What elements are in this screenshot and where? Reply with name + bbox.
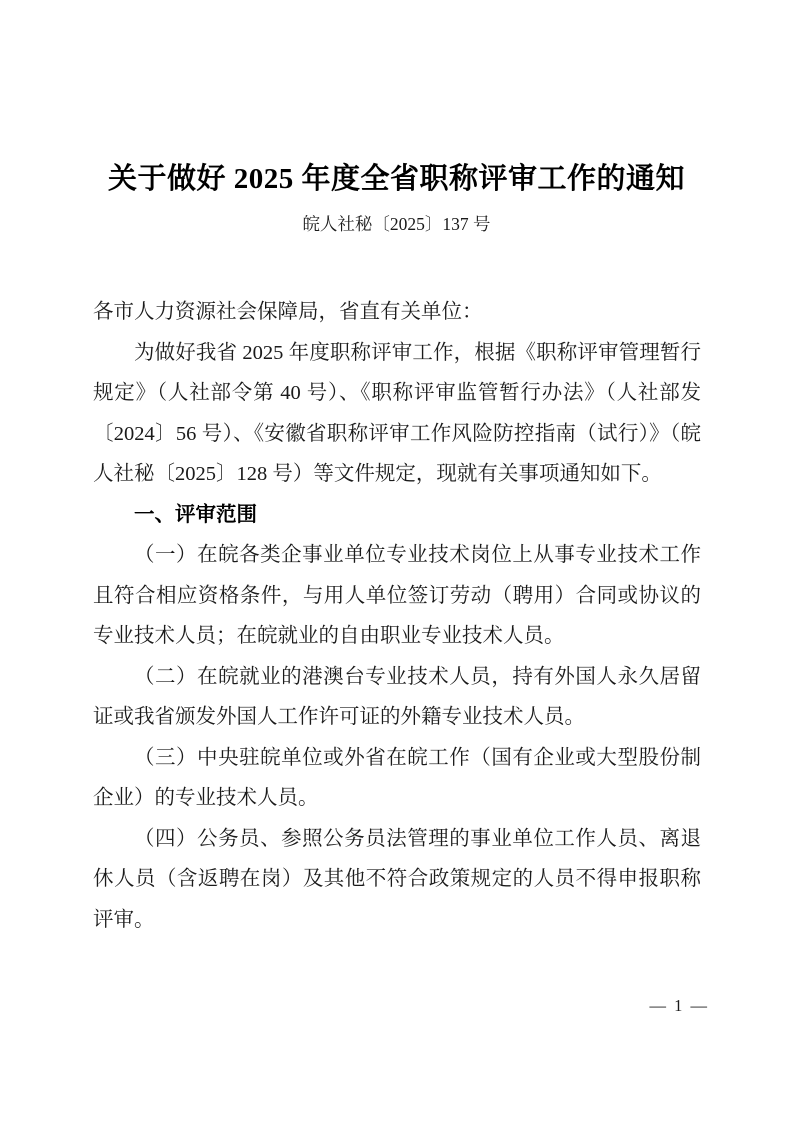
intro-paragraph: 为做好我省 2025 年度职称评审工作，根据《职称评审管理暂行规定》（人社部令第… <box>93 333 701 495</box>
page-number: — 1 — <box>650 996 710 1016</box>
list-item-1: （一）在皖各类企事业单位专业技术岗位上从事专业技术工作且符合相应资格条件，与用人… <box>93 535 701 657</box>
document-body: 各市人力资源社会保障局，省直有关单位： 为做好我省 2025 年度职称评审工作，… <box>93 292 701 940</box>
list-item-3: （三）中央驻皖单位或外省在皖工作（国有企业或大型股份制企业）的专业技术人员。 <box>93 738 701 819</box>
section-heading-review-scope: 一、评审范围 <box>93 495 701 536</box>
document-title: 关于做好 2025 年度全省职称评审工作的通知 <box>0 0 793 196</box>
list-item-4: （四）公务员、参照公务员法管理的事业单位工作人员、离退休人员（含返聘在岗）及其他… <box>93 819 701 941</box>
document-page: 关于做好 2025 年度全省职称评审工作的通知 皖人社秘〔2025〕137 号 … <box>0 0 793 1122</box>
list-item-2: （二）在皖就业的港澳台专业技术人员，持有外国人永久居留证或我省颁发外国人工作许可… <box>93 657 701 738</box>
document-number: 皖人社秘〔2025〕137 号 <box>0 211 793 236</box>
salutation-line: 各市人力资源社会保障局，省直有关单位： <box>93 292 701 333</box>
